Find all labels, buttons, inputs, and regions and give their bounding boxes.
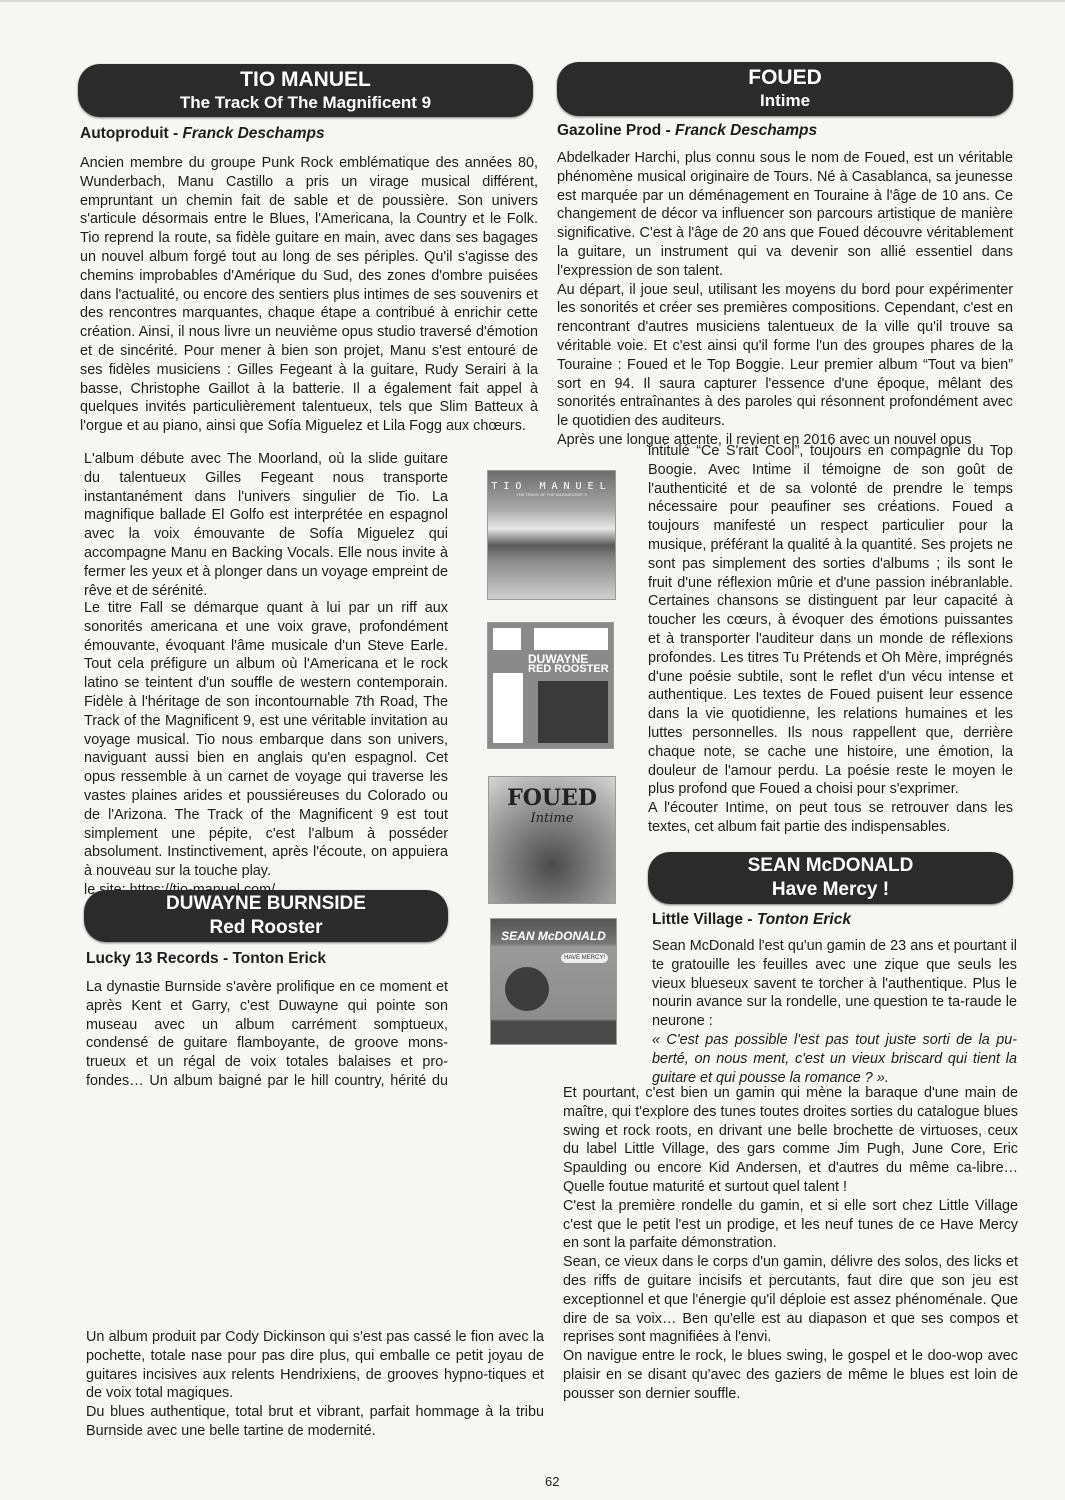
review-body: Un album produit par Cody Dickinson qui … xyxy=(86,1328,544,1441)
paragraph: Et pourtant, c'est bien un gamin qui mèn… xyxy=(563,1084,1018,1197)
paragraph: Du blues authentique, total brut et vibr… xyxy=(86,1403,544,1441)
paragraph: Abdelkader Harchi, plus connu sous le no… xyxy=(557,149,1013,281)
album-title: Red Rooster xyxy=(84,916,448,940)
review-byline: Autoproduit - Franck Deschamps xyxy=(80,125,325,143)
album-cover-foued: FOUED Intime xyxy=(488,776,616,904)
artist-photo xyxy=(538,681,608,743)
album-title: Have Mercy ! xyxy=(648,878,1013,902)
page-top-rule xyxy=(0,0,1065,2)
paragraph: C'est la première rondelle du gamin, et … xyxy=(563,1197,1018,1253)
review-body: intitulé “Ce S'rait Cool”, toujours en c… xyxy=(648,442,1013,837)
paragraph: L'album débute avec The Moorland, où la … xyxy=(84,450,448,600)
paragraph: Au départ, il joue seul, utilisant les m… xyxy=(557,281,1013,431)
review-body: Sean McDonald l'est qu'un gamin de 23 an… xyxy=(652,937,1017,1087)
label-name: Autoproduit xyxy=(80,125,169,142)
author-name: Franck Deschamps xyxy=(182,125,324,142)
paragraph: Un album produit par Cody Dickinson qui … xyxy=(86,1328,544,1403)
review-banner-duwayne-burnside: DUWAYNE BURNSIDE Red Rooster xyxy=(84,890,448,942)
quote: « C'est pas possible l'est pas tout just… xyxy=(652,1031,1017,1087)
review-byline: Little Village - Tonton Erick xyxy=(652,911,851,929)
label-name: Gazoline Prod xyxy=(557,122,661,139)
cover-title: FOUED xyxy=(489,785,615,811)
singer-illustration xyxy=(505,967,549,1011)
review-byline: Lucky 13 Records - Tonton Erick xyxy=(86,950,326,968)
paragraph: intitulé “Ce S'rait Cool”, toujours en c… xyxy=(648,442,1013,799)
review-byline: Gazoline Prod - Franck Deschamps xyxy=(557,122,817,140)
artist-name: TIO MANUEL xyxy=(78,68,533,92)
paragraph: A l'écouter Intime, on peut tous se retr… xyxy=(648,799,1013,837)
paragraph: Sean McDonald l'est qu'un gamin de 23 an… xyxy=(652,937,1017,1031)
artist-name: DUWAYNE BURNSIDE xyxy=(84,892,448,916)
cover-line2: RED ROOSTER xyxy=(528,663,609,675)
album-cover-duwayne-burnside: DUWAYNE RED ROOSTER xyxy=(487,622,614,749)
cover-title: TIO MANUEL xyxy=(488,481,615,492)
rooster-icon xyxy=(493,628,521,650)
paragraph: Sean, ce vieux dans le corps d'un gamin,… xyxy=(563,1253,1018,1347)
review-body: Ancien membre du groupe Punk Rock emblém… xyxy=(80,154,538,436)
paragraph: Ancien membre du groupe Punk Rock emblém… xyxy=(80,154,538,436)
artist-name: SEAN McDONALD xyxy=(648,854,1013,878)
album-cover-tio-manuel: TIO MANUEL THE TRACK OF THE MAGNIFICENT … xyxy=(487,470,616,600)
review-banner-sean-mcdonald: SEAN McDONALD Have Mercy ! xyxy=(648,852,1013,904)
artist-name: FOUED xyxy=(557,66,1013,90)
page-number: 62 xyxy=(545,1474,559,1489)
cover-subtitle: THE TRACK OF THE MAGNIFICENT 9 xyxy=(488,492,615,497)
cover-subtitle: HAVE MERCY! xyxy=(561,953,608,963)
cover-panel xyxy=(534,628,608,650)
label-name: Little Village xyxy=(652,911,743,928)
label-name: Lucky 13 Records xyxy=(86,950,219,967)
review-body: La dynastie Burnside s'avère prolifique … xyxy=(86,978,448,1090)
album-title: The Track Of The Magnificent 9 xyxy=(78,92,533,114)
cover-subtitle: Intime xyxy=(489,811,615,826)
review-banner-tio-manuel: TIO MANUEL The Track Of The Magnificent … xyxy=(78,64,533,117)
album-cover-sean-mcdonald: SEAN McDONALD HAVE MERCY! xyxy=(490,918,617,1045)
author-name: Tonton Erick xyxy=(232,950,326,967)
review-body: Le titre Fall se démarque quant à lui pa… xyxy=(84,599,448,900)
cover-title: SEAN McDONALD xyxy=(491,929,616,943)
album-title: Intime xyxy=(557,90,1013,112)
review-body: L'album débute avec The Moorland, où la … xyxy=(84,450,448,600)
cover-panel xyxy=(493,673,523,743)
review-body: Abdelkader Harchi, plus connu sous le no… xyxy=(557,149,1013,450)
paragraph: La dynastie Burnside s'avère prolifique … xyxy=(86,978,448,1090)
paragraph: On navigue entre le rock, le blues swing… xyxy=(563,1347,1018,1403)
review-banner-foued: FOUED Intime xyxy=(557,62,1013,116)
author-name: Franck Deschamps xyxy=(675,122,817,139)
author-name: Tonton Erick xyxy=(757,911,851,928)
paragraph: Le titre Fall se démarque quant à lui pa… xyxy=(84,599,448,881)
review-body: Et pourtant, c'est bien un gamin qui mèn… xyxy=(563,1084,1018,1404)
